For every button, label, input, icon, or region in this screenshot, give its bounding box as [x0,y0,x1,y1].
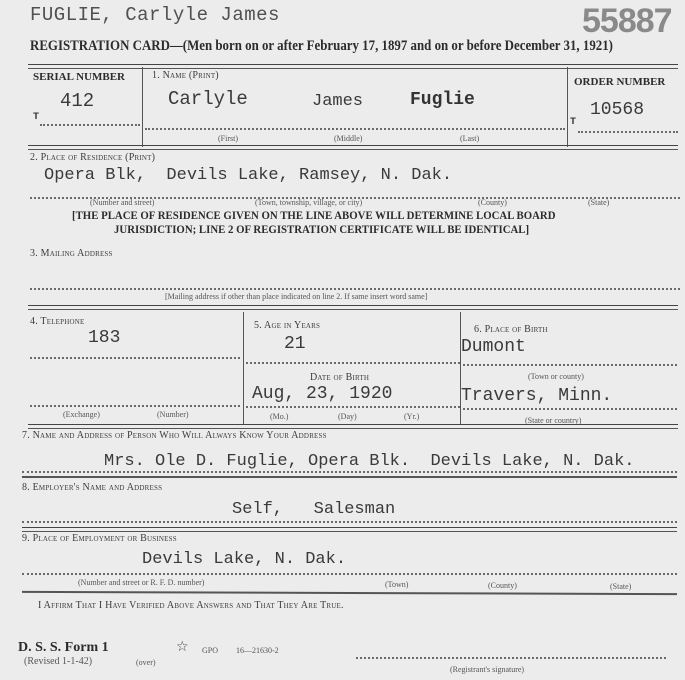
serial-number-label: SERIAL NUMBER [33,71,125,83]
residence-caption-street: (Number and street) [90,198,154,207]
last-caption: (Last) [460,134,479,143]
row7-divider [22,476,677,478]
employer-value: Self, Salesman [232,500,395,519]
age-label: 5. Age in Years [254,320,320,331]
residence-caption-state: (State) [588,198,609,207]
form-revised: (Revised 1-1-42) [24,656,92,667]
telephone-value: 183 [88,328,120,348]
name-divider-left [142,67,143,147]
row1-divider [28,145,678,150]
employment-place-line [22,573,677,575]
residence-caption-town: (Town, township, village, or city) [255,198,362,207]
dob-caption-day: (Day) [338,412,357,421]
dob-line [246,406,460,408]
middle-caption: (Middle) [334,134,362,143]
employer-label: 8. Employer's Name and Address [22,482,162,493]
age-line [246,362,460,364]
dob-caption-year: (Yr.) [404,412,419,421]
birth-town-line [463,364,677,366]
dob-label: Date of Birth [310,372,369,383]
gpo-number: 16—21630-2 [236,646,279,655]
form-name: D. S. S. Form 1 [18,640,109,656]
birth-town-caption: (Town or county) [528,372,584,381]
order-line [578,131,678,133]
telephone-caption-exchange: (Exchange) [63,410,100,419]
mailing-line [30,288,680,290]
residence-notice-line2: JURISDICTION; LINE 2 OF REGISTRATION CER… [114,222,529,237]
telephone-label: 4. Telephone [30,316,85,327]
title-divider [28,64,678,69]
age-value: 21 [284,334,306,354]
serial-number-value: 412 [60,90,94,112]
employment-place-value: Devils Lake, N. Dak. [142,550,346,569]
card-title: REGISTRATION CARD—(Men born on or after … [30,38,613,55]
contact-value: Mrs. Ole D. Fuglie, Opera Blk. Devils La… [104,452,635,471]
dob-value: Aug, 23, 1920 [252,384,392,404]
row8-divider [22,527,677,532]
contact-line [22,471,677,473]
serial-line [40,124,140,126]
employment-caption-street: (Number and street or R. F. D. number) [78,578,204,587]
name-label: 1. Name (Print) [152,70,219,81]
row3-divider [28,305,678,310]
employer-line [22,521,677,523]
mailing-caption: [Mailing address if other than place ind… [165,292,427,301]
last-name-value: Fuglie [410,90,475,110]
signature-caption: (Registrant's signature) [450,665,524,674]
order-prefix: T [570,117,576,128]
middle-name-value: James [312,92,363,111]
order-number-value: 10568 [590,100,644,120]
star-icon: ☆ [176,639,189,655]
telephone-line-1 [30,357,240,359]
telephone-caption-number: (Number) [157,410,189,419]
serial-prefix: T [33,112,39,123]
residence-value: Opera Blk, Devils Lake, Ramsey, N. Dak. [44,166,452,185]
birth-state-line [463,408,677,410]
employment-place-label: 9. Place of Employment or Business [22,533,177,544]
contact-label: 7. Name and Address of Person Who Will A… [22,430,327,441]
age-divider-left [243,312,244,424]
age-divider-right [460,312,461,424]
gpo-mark: GPO [202,646,218,655]
over-note: (over) [136,658,156,667]
typed-registrant-name: FUGLIE, Carlyle James [30,4,280,26]
residence-notice-line1: [THE PLACE OF RESIDENCE GIVEN ON THE LIN… [72,208,556,223]
order-number-label: ORDER NUMBER [574,76,665,88]
birth-state-value: Travers, Minn. [461,386,612,406]
residence-label: 2. Place of Residence (Print) [30,152,155,163]
name-divider-right [567,67,568,147]
birth-town-value: Dumont [461,337,526,357]
birthplace-label: 6. Place of Birth [474,324,548,335]
first-name-value: Carlyle [168,88,248,110]
row9-divider [22,591,677,595]
row4-divider [28,424,678,429]
first-caption: (First) [218,134,238,143]
telephone-line-2 [30,405,240,407]
affirmation-text: I Affirm That I Have Verified Above Answ… [38,600,344,611]
residence-caption-county: (County) [478,198,507,207]
employment-caption-county: (County) [488,581,517,590]
signature-line[interactable] [356,657,666,659]
name-line [145,128,565,130]
mailing-address-label: 3. Mailing Address [30,248,113,259]
employment-caption-town: (Town) [385,580,408,589]
dob-caption-month: (Mo.) [270,412,288,421]
stamp-number: 55887 [582,2,672,41]
employment-caption-state: (State) [610,582,631,591]
